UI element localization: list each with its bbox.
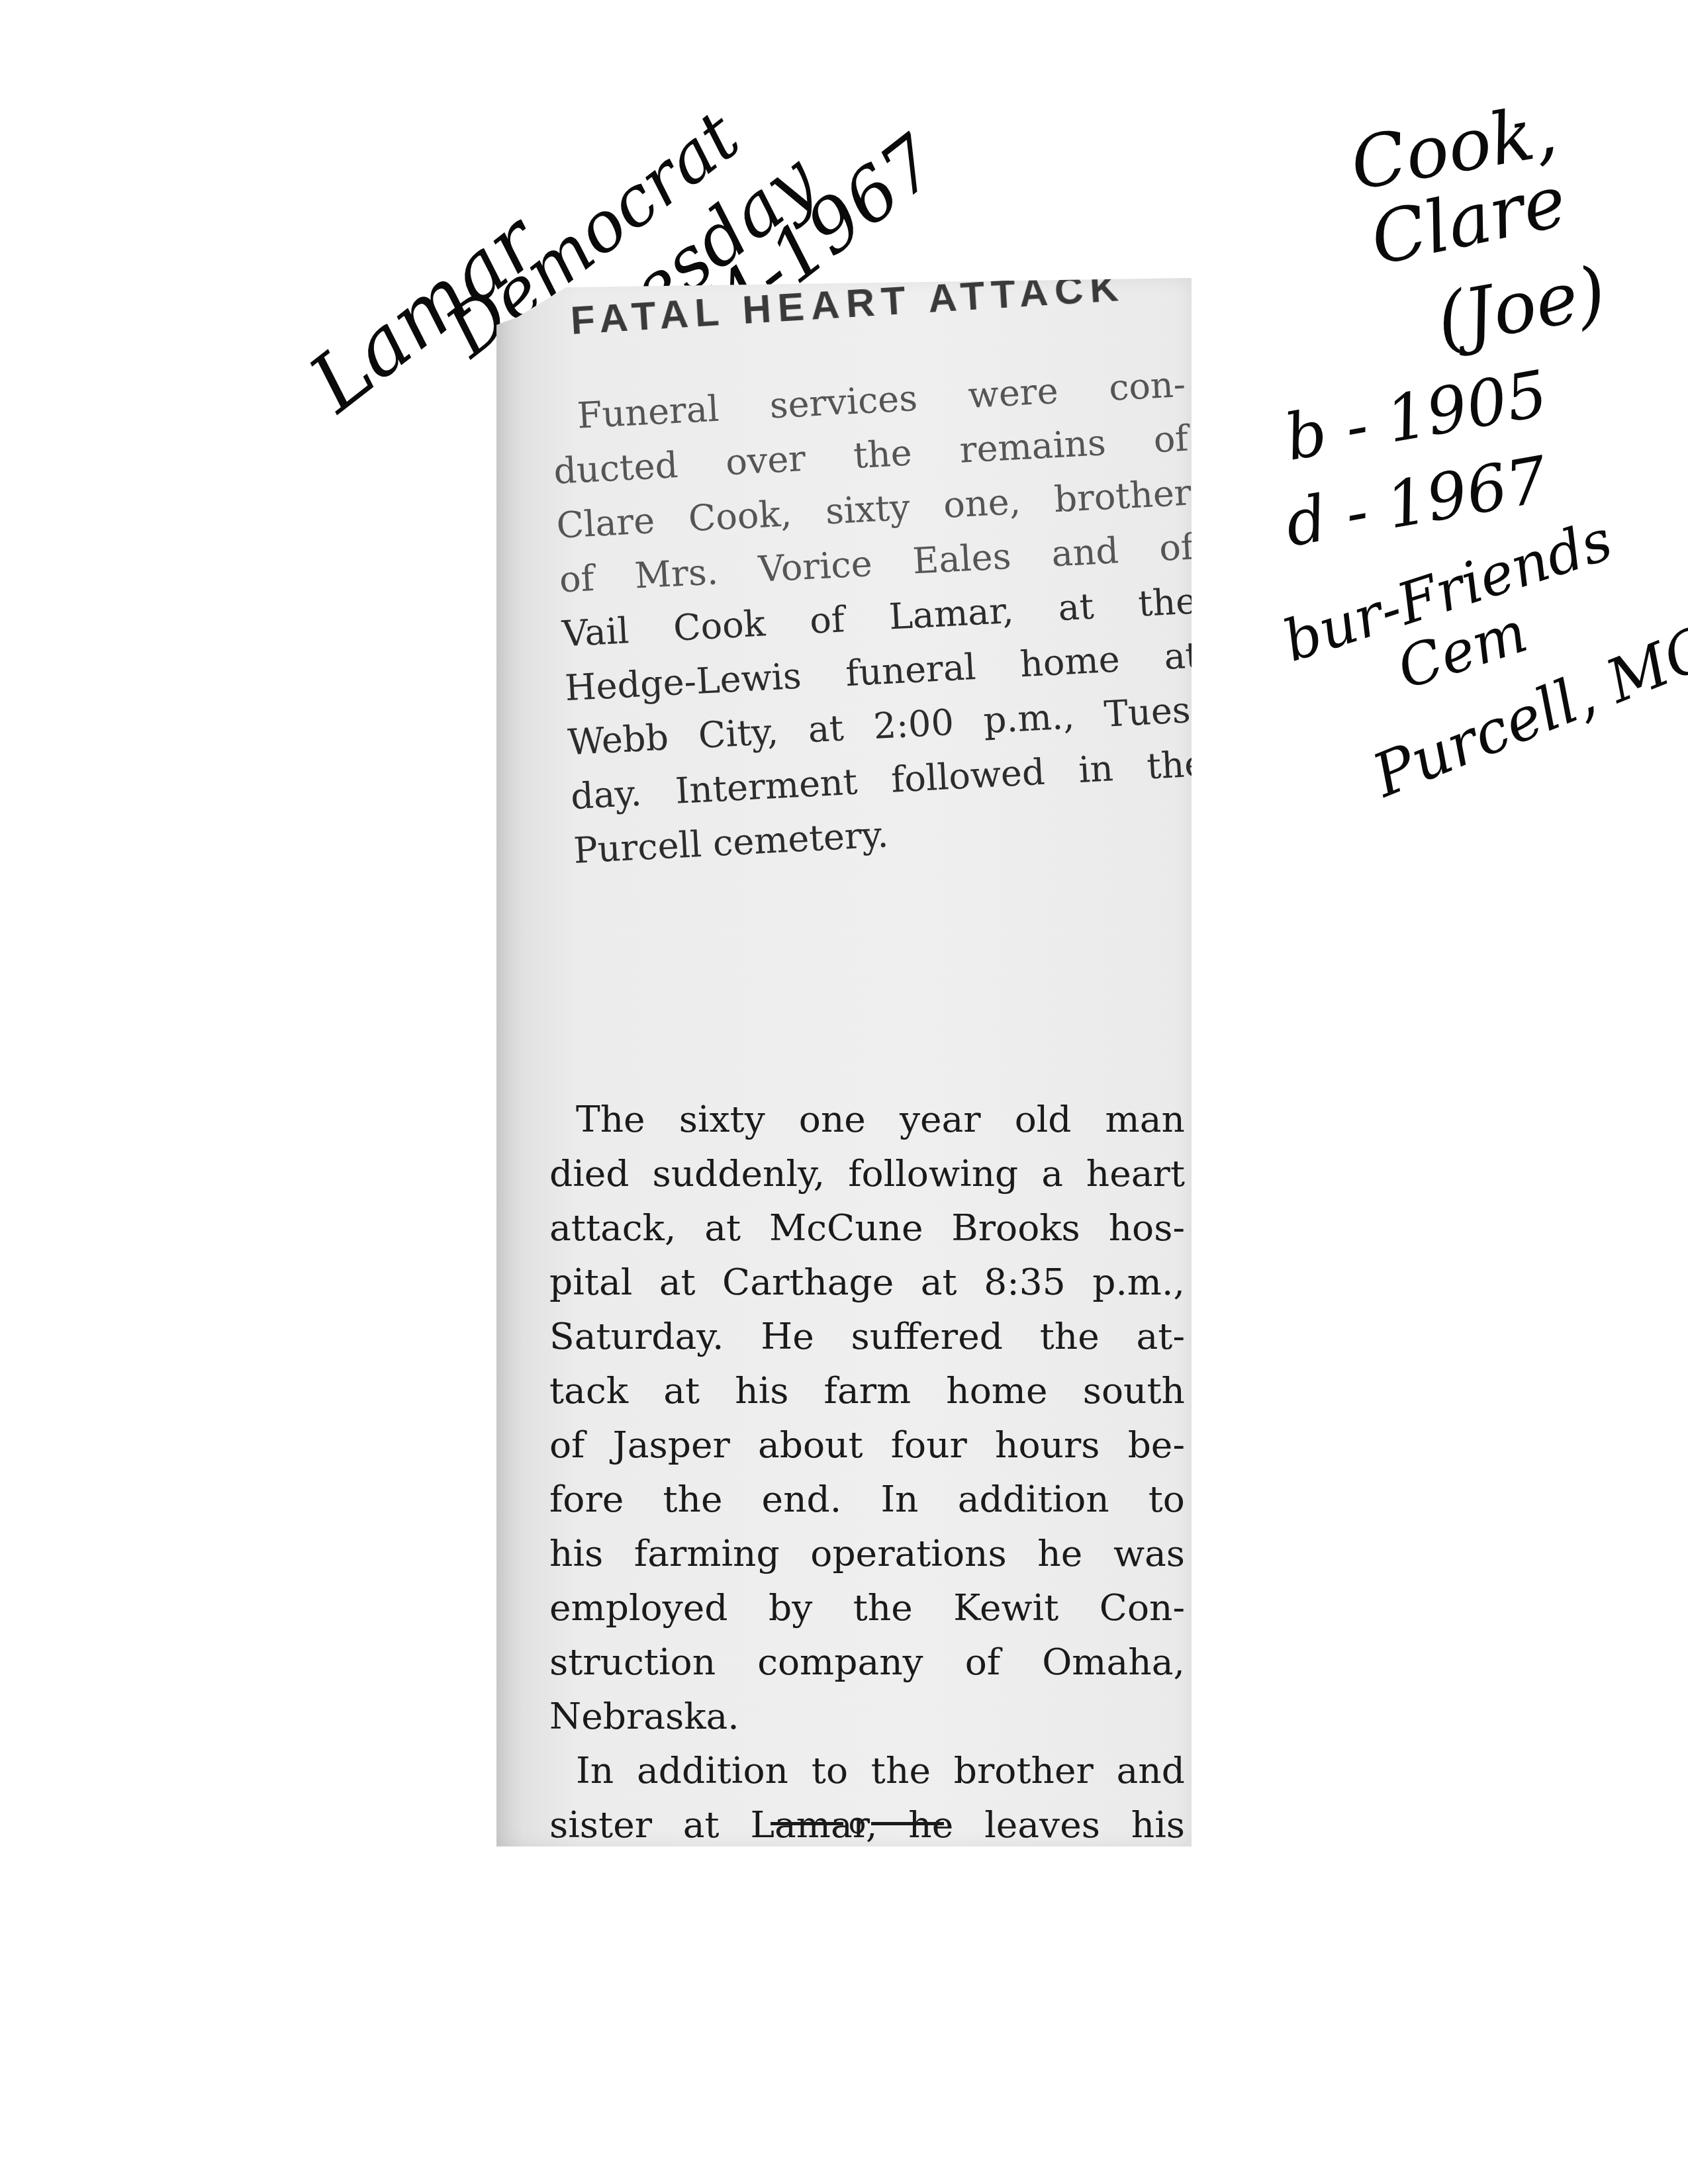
separator-rule [771,1822,843,1825]
separator-glyph: o [849,1807,867,1841]
text-line: of Jasper about four hours be- [549,1418,1185,1472]
text-line: The sixty one year old man [549,1092,1185,1146]
text-line: struction company of Omaha, [549,1635,1185,1689]
text-line: his farming operations he was [549,1526,1185,1580]
document-page: Lamar Democrat Tuesday 4/4-1967 Cook, Cl… [0,0,1688,2184]
text-line: ond brother and two other sis- [549,1906,1185,1960]
newspaper-clipping: FATAL HEART ATTACK Funeral services were… [496,278,1192,1846]
paragraph-funeral-services: Funeral services were con- ducted over t… [549,357,1209,878]
text-line: died suddenly, following a heart [549,1146,1185,1201]
text-line: Saturday. He suffered the at- [549,1309,1185,1363]
text-line: pital at Carthage at 8:35 p.m., [549,1255,1185,1309]
paragraph-circumstances: The sixty one year old man died suddenly… [549,1092,1185,2015]
text-line: fore the end. In addition to [549,1472,1185,1526]
text-line: tack at his farm home south [549,1363,1185,1418]
end-separator: o [755,1807,960,1840]
text-line: employed by the Kewit Con- [549,1580,1185,1635]
text-line: In addition to the brother and [549,1743,1185,1797]
separator-rule [871,1822,944,1825]
text-line: Nebraska. [549,1689,1185,1743]
text-line: wife, three daughters, a sec- [549,1852,1185,1906]
text-line: attack, at McCune Brooks hos- [549,1201,1185,1255]
handwritten-person-note: Cook, Clare (Joe) b - 1905 d - 1967 bur-… [1244,99,1668,774]
text-line: ters, and nine grandchildren. [549,1960,1185,2015]
handwritten-line: (Joe) [1432,257,1611,357]
